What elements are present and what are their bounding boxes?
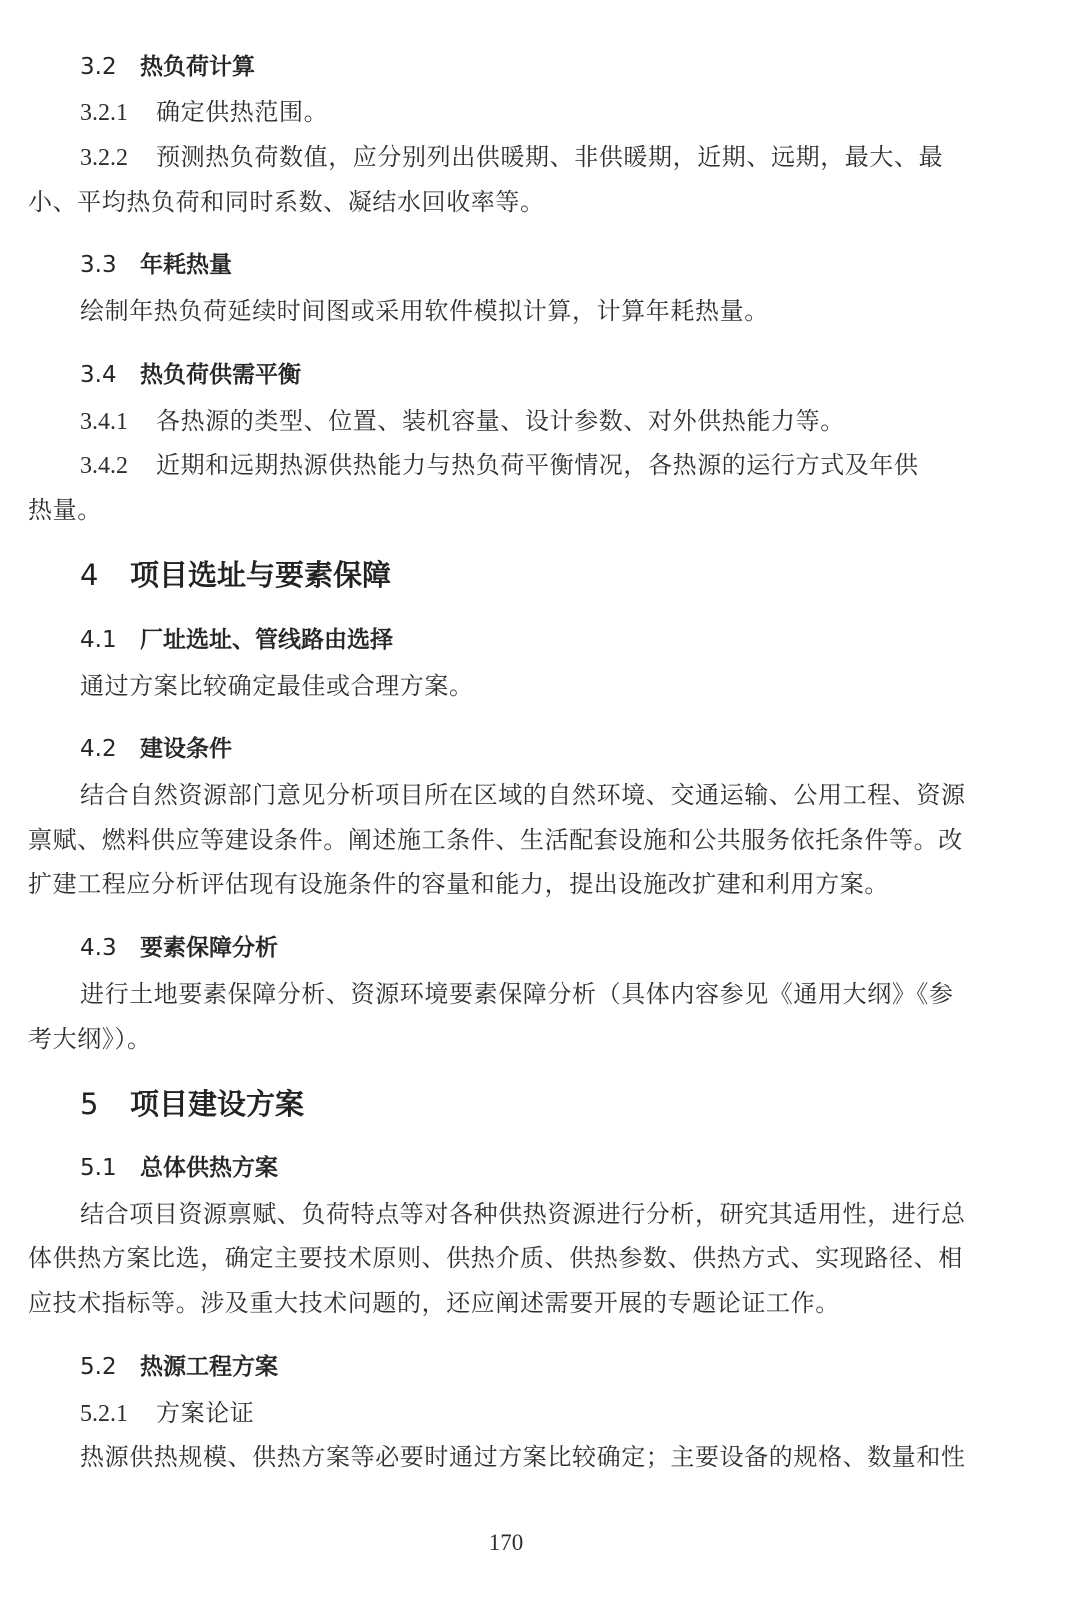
paragraph-5-1-line-3: 应技术指标等。涉及重大技术问题的，还应阐述需要开展的专题论证工作。 (28, 1291, 840, 1315)
chapter-heading-5: 5项目建设方案 (80, 1090, 304, 1119)
paragraph-4-3-line-1: 进行土地要素保障分析、资源环境要素保障分析（具体内容参见《通用大纲》《参 (80, 982, 954, 1006)
clause-3-4-2-line-1: 3.4.2近期和远期热源供热能力与热负荷平衡情况，各热源的运行方式及年供 (80, 453, 919, 478)
section-number: 4.1 (80, 629, 140, 652)
section-heading-4-3: 4.3要素保障分析 (80, 937, 278, 960)
paragraph-4-1: 通过方案比较确定最佳或合理方案。 (80, 674, 474, 698)
section-heading-3-4: 3.4热负荷供需平衡 (80, 364, 301, 387)
clause-3-4-1: 3.4.1各热源的类型、位置、装机容量、设计参数、对外供热能力等。 (80, 409, 845, 434)
section-number: 3.4 (80, 364, 140, 387)
section-heading-4-1: 4.1厂址选址、管线路由选择 (80, 629, 393, 652)
chapter-title: 项目建设方案 (130, 1087, 304, 1121)
section-number: 3.3 (80, 254, 140, 277)
section-title: 热源工程方案 (140, 1354, 278, 1380)
section-number: 4.3 (80, 937, 140, 960)
clause-3-4-2-line-2: 热量。 (28, 498, 102, 522)
paragraph-4-2-line-2: 禀赋、燃料供应等建设条件。阐述施工条件、生活配套设施和公共服务依托条件等。改 (28, 828, 963, 852)
section-title: 热负荷计算 (140, 54, 255, 80)
clause-3-2-2-line-2: 小、平均热负荷和同时系数、凝结水回收率等。 (28, 190, 545, 214)
clause-3-2-2-line-1: 3.2.2预测热负荷数值，应分别列出供暖期、非供暖期，近期、远期，最大、最 (80, 145, 983, 170)
chapter-number: 4 (80, 561, 130, 590)
chapter-heading-4: 4项目选址与要素保障 (80, 561, 391, 590)
document-page: 3.2热负荷计算 3.2.1确定供热范围。 3.2.2预测热负荷数值，应分别列出… (0, 0, 1080, 1609)
section-title: 热负荷供需平衡 (140, 362, 301, 388)
paragraph-4-2-line-3: 扩建工程应分析评估现有设施条件的容量和能力，提出设施改扩建和利用方案。 (28, 872, 889, 896)
page-number: 170 (0, 1531, 1012, 1554)
clause-text: 方案论证 (156, 1399, 254, 1427)
clause-text: 各热源的类型、位置、装机容量、设计参数、对外供热能力等。 (156, 407, 845, 435)
section-title: 年耗热量 (140, 252, 232, 278)
clause-3-2-1: 3.2.1确定供热范围。 (80, 100, 328, 125)
clause-number: 5.2.1 (80, 1402, 156, 1426)
paragraph-5-2-1-line-1: 热源供热规模、供热方案等必要时通过方案比较确定；主要设备的规格、数量和性 (80, 1445, 966, 1469)
section-heading-4-2: 4.2建设条件 (80, 738, 232, 761)
clause-text: 近期和远期热源供热能力与热负荷平衡情况，各热源的运行方式及年供 (156, 451, 919, 479)
clause-number: 3.4.2 (80, 454, 156, 478)
paragraph-4-3-line-2: 考大纲》）。 (28, 1027, 152, 1051)
clause-number: 3.2.2 (80, 146, 156, 170)
paragraph-4-2-line-1: 结合自然资源部门意见分析项目所在区域的自然环境、交通运输、公用工程、资源 (80, 783, 966, 807)
section-title: 要素保障分析 (140, 935, 278, 961)
section-heading-5-2: 5.2热源工程方案 (80, 1356, 278, 1379)
section-number: 4.2 (80, 738, 140, 761)
clause-number: 3.2.1 (80, 101, 156, 125)
chapter-title: 项目选址与要素保障 (130, 558, 391, 592)
section-title: 建设条件 (140, 736, 232, 762)
section-heading-3-2: 3.2热负荷计算 (80, 56, 255, 79)
paragraph-5-1-line-2: 体供热方案比选，确定主要技术原则、供热介质、供热参数、供热方式、实现路径、相 (28, 1246, 963, 1270)
clause-text: 预测热负荷数值，应分别列出供暖期、非供暖期，近期、远期，最大、最 (156, 143, 943, 171)
clause-text: 确定供热范围。 (156, 98, 328, 126)
paragraph-3-3: 绘制年热负荷延续时间图或采用软件模拟计算，计算年耗热量。 (80, 299, 769, 323)
chapter-number: 5 (80, 1090, 130, 1119)
clause-number: 3.4.1 (80, 410, 156, 434)
section-number: 3.2 (80, 56, 140, 79)
clause-5-2-1: 5.2.1方案论证 (80, 1401, 254, 1426)
section-title: 厂址选址、管线路由选择 (140, 627, 393, 653)
paragraph-5-1-line-1: 结合项目资源禀赋、负荷特点等对各种供热资源进行分析，研究其适用性，进行总 (80, 1202, 966, 1226)
section-title: 总体供热方案 (140, 1155, 278, 1181)
section-heading-5-1: 5.1总体供热方案 (80, 1157, 278, 1180)
section-number: 5.2 (80, 1356, 140, 1379)
section-number: 5.1 (80, 1157, 140, 1180)
section-heading-3-3: 3.3年耗热量 (80, 254, 232, 277)
